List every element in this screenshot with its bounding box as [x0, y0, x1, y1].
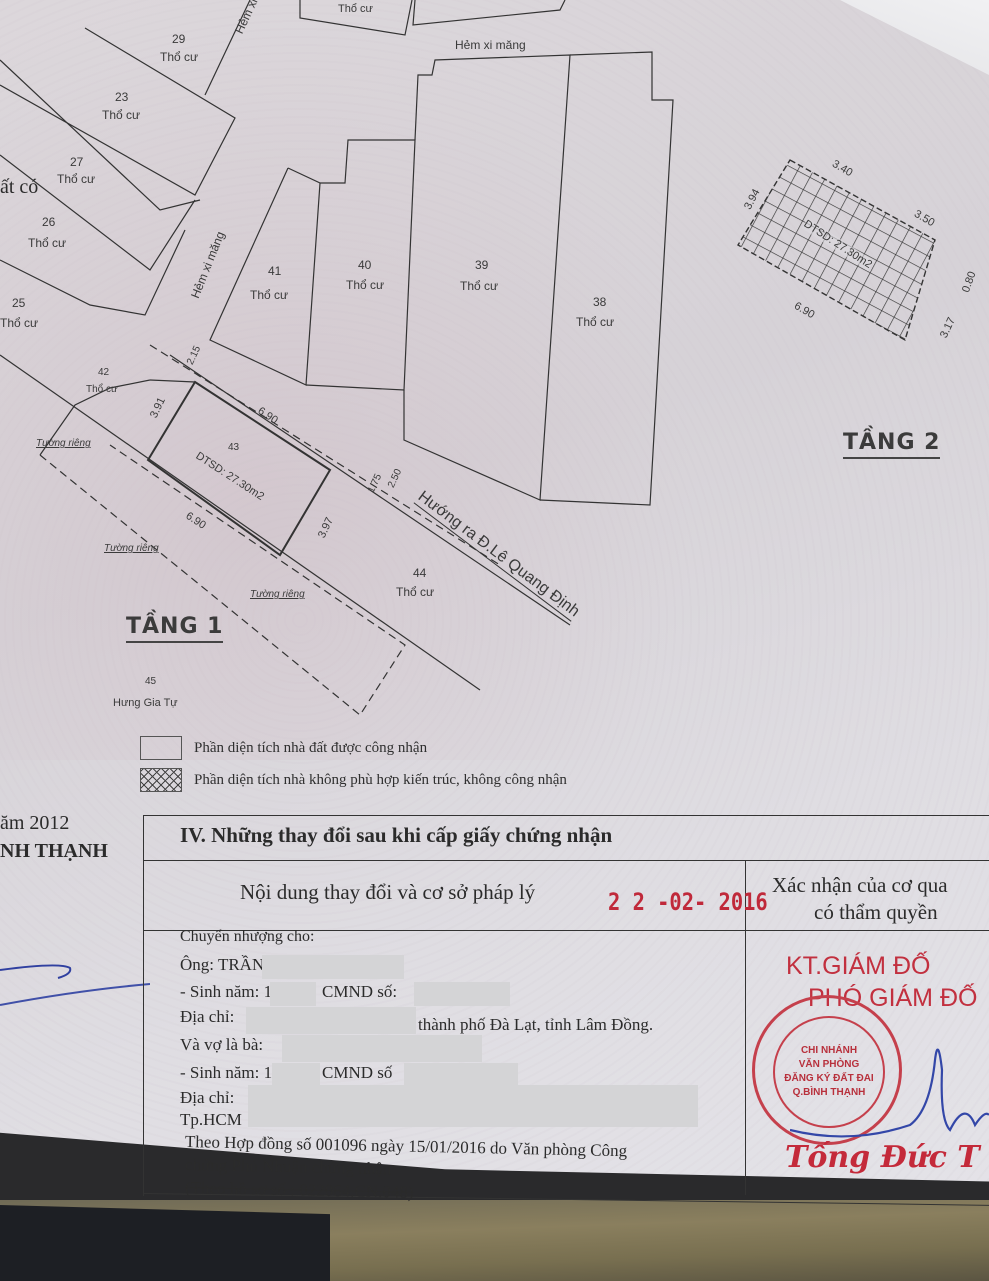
- left-margin-district: NH THẠNH: [0, 840, 108, 863]
- parcel-29-use: Thổ cư: [160, 50, 198, 64]
- spouse-birth-year: - Sinh năm: 19: [180, 1063, 281, 1083]
- confirm-column-header-1: Xác nhận của cơ qua: [772, 873, 948, 898]
- hatched-swatch-icon: [140, 768, 182, 792]
- spouse-id-label: CMND số: [322, 1063, 392, 1083]
- parcel-25-number: 25: [12, 296, 25, 310]
- signatory-title-1: KT.GIÁM ĐỐ: [786, 952, 930, 981]
- spouse-address-city: Tp.HCM: [180, 1110, 242, 1130]
- confirm-column-header-2: có thẩm quyền: [814, 900, 938, 925]
- legend-text: Phần diện tích nhà đất được công nhận: [194, 740, 427, 757]
- parcel-45-number: 45: [145, 676, 156, 687]
- left-margin-year: ăm 2012: [0, 812, 69, 835]
- parcel-25-use: Thổ cư: [0, 316, 38, 330]
- redaction: [246, 1007, 416, 1034]
- spouse-address-label: Địa chỉ:: [180, 1088, 234, 1108]
- divider: [143, 860, 989, 861]
- contract-line-2: chứng Phú Nhuận chứng nhận: [185, 1155, 392, 1179]
- parcel-23-use: Thổ cư: [102, 108, 140, 122]
- transfer-to-line: Chuyển nhượng cho:: [180, 928, 314, 946]
- parcel-45-use: Hưng Gia Tự: [113, 697, 178, 709]
- signature-scribble-icon: [790, 1030, 989, 1150]
- partial-text: ất có: [0, 176, 38, 199]
- legend-text: Phần diện tích nhà không phù hợp kiến tr…: [194, 772, 567, 789]
- pen-mark-icon: [0, 960, 150, 1020]
- floor1-parcel-number: 43: [228, 442, 239, 453]
- buyer-address-city: thành phố Đà Lạt, tỉnh Lâm Đồng.: [418, 1015, 653, 1035]
- redaction: [248, 1085, 698, 1127]
- redaction: [414, 982, 510, 1006]
- wall-label-2: Tường riêng: [104, 543, 159, 554]
- parcel-26-use: Thổ cư: [28, 236, 66, 250]
- parcel-39-use: Thổ cư: [460, 279, 498, 293]
- parcel-27-number: 27: [70, 155, 83, 169]
- parcel-44-number: 44: [413, 566, 426, 580]
- parcel-38-use: Thổ cư: [576, 315, 614, 329]
- parcel-41-use: Thổ cư: [250, 288, 288, 302]
- legend-item-recognized: Phần diện tích nhà đất được công nhận: [140, 736, 427, 760]
- alley-label-top: Hẻm xi măng: [455, 38, 526, 52]
- spouse-line: Và vợ là bà:: [180, 1035, 263, 1055]
- parcel-23-number: 23: [115, 90, 128, 104]
- parcel-40-use: Thổ cư: [346, 278, 384, 292]
- content-column-header: Nội dung thay đổi và cơ sở pháp lý: [240, 880, 535, 905]
- buyer-name-line: Ông: TRẦN: [180, 955, 264, 975]
- parcel-40-number: 40: [358, 258, 371, 272]
- parcel-39-number: 39: [475, 258, 488, 272]
- parcel-42-number: 42: [98, 367, 109, 378]
- parcel-38-number: 38: [593, 295, 606, 309]
- buyer-address-label: Địa chỉ:: [180, 1007, 234, 1027]
- redaction: [270, 982, 316, 1006]
- redaction: [404, 1063, 518, 1085]
- parcel-29-number: 29: [172, 32, 185, 46]
- parcel-41-number: 41: [268, 264, 281, 278]
- table-object: [0, 1205, 330, 1281]
- section-iv-title: IV. Những thay đổi sau khi cấp giấy chứn…: [180, 823, 612, 848]
- top-parcel-use-1: Thổ cư: [338, 3, 373, 15]
- redaction: [272, 1063, 320, 1085]
- date-stamp: 2 2 -02- 2016: [608, 888, 768, 916]
- plain-swatch-icon: [140, 736, 182, 760]
- wall-label-3: Tường riêng: [250, 589, 305, 600]
- legend-item-not-recognized: Phần diện tích nhà không phù hợp kiến tr…: [140, 768, 567, 792]
- parcel-44-use: Thổ cư: [396, 585, 434, 599]
- buyer-birth-year: - Sinh năm: 19: [180, 982, 281, 1002]
- parcel-26-number: 26: [42, 215, 55, 229]
- wall-label-1: Tường riêng: [36, 438, 91, 449]
- parcel-27-use: Thổ cư: [57, 172, 95, 186]
- redaction: [282, 1035, 482, 1062]
- floor1-title: TẦNG 1: [126, 614, 223, 643]
- parcel-42-use: Thổ cư: [86, 384, 118, 395]
- redaction: [262, 955, 404, 979]
- floor2-title: TẦNG 2: [843, 430, 940, 459]
- signer-name: Tống Đức T: [785, 1140, 980, 1175]
- buyer-id-label: CMND số:: [322, 982, 397, 1002]
